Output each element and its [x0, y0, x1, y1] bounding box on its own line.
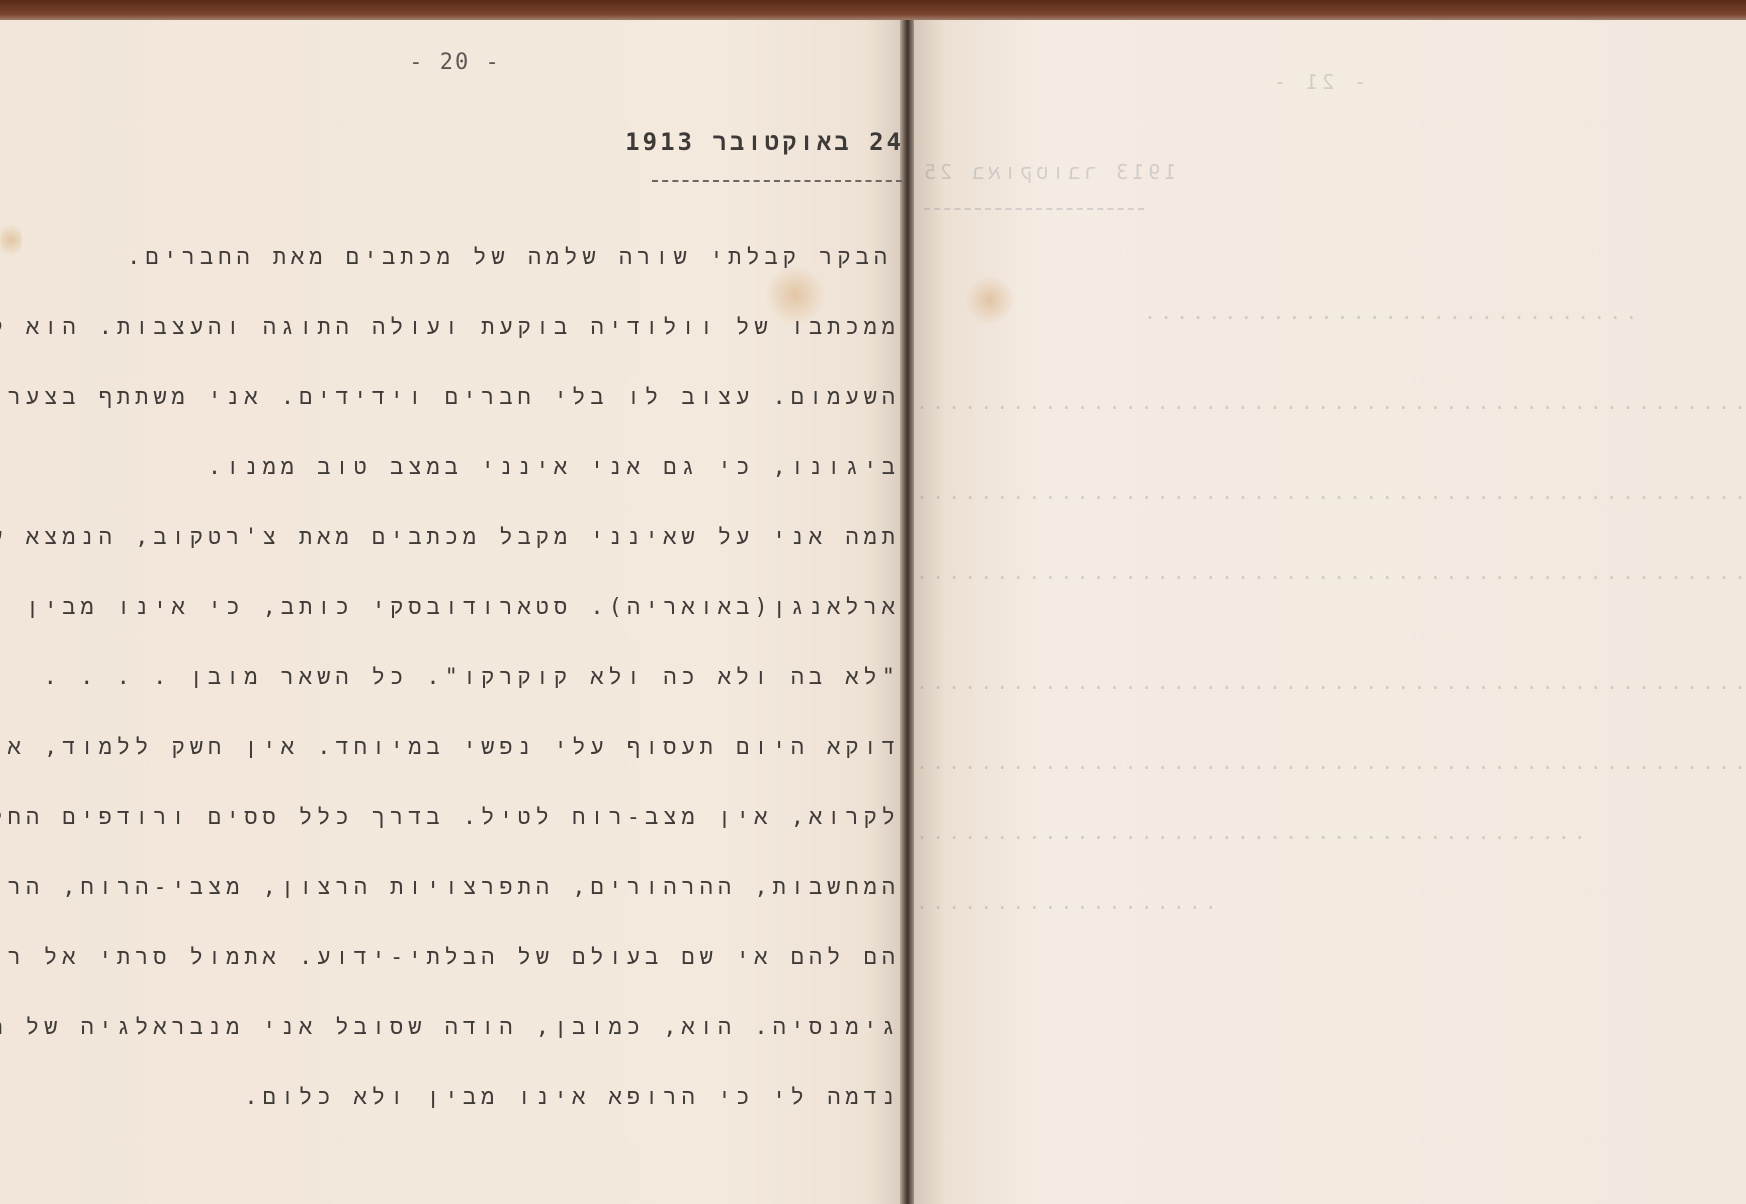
- right-page: [912, 20, 1746, 1204]
- text-line: הבקר קבלתי שורה שלמה של מכתבים מאת החברי…: [0, 236, 900, 306]
- text-line: דוקא היום תעסוף עלי נפשי במיוחד. אין חשק…: [0, 726, 900, 796]
- paper-stain: [965, 275, 1015, 325]
- text-line: ממכתבו של וולודיה בוקעת ועולה התוגה והעצ…: [0, 306, 900, 376]
- text-line: השעמום. עצוב לו בלי חברים וידידים. אני מ…: [0, 376, 900, 446]
- text-line: תמה אני על שאינני מקבל מכתבים מאת צ'רטקו…: [0, 516, 900, 586]
- bleed-through-text: ...............................: [1140, 300, 1637, 324]
- bleed-through-text: 25 באוקטובר 1913: [920, 160, 1176, 186]
- bleed-through-text: ........................................…: [912, 390, 1746, 414]
- diary-entry-body: הבקר קבלתי שורה שלמה של מכתבים מאת החברי…: [0, 236, 900, 1146]
- text-line: לקרוא, אין מצב-רוח לטיל. בדרך כלל ססים ו…: [0, 796, 900, 866]
- bleed-through-text: - 21 -: [1270, 70, 1366, 94]
- bleed-through-text: ........................................…: [912, 750, 1746, 774]
- text-line: הם להם אי שם בעולם של הבלתי-ידוע. אתמול …: [0, 936, 900, 1006]
- page-number: - 20 -: [405, 50, 505, 75]
- text-line: ארלאנגן(באואריה). סטארודובסקי כותב, כי א…: [0, 586, 900, 656]
- date-underline: [652, 180, 902, 182]
- text-line: "לא בה ולא כה ולא קוקרקו". כל השאר מובן …: [0, 656, 900, 726]
- text-line: ביגונו, כי גם אני אינני במצב טוב ממנו.: [0, 446, 900, 516]
- bleed-through-rule: [924, 208, 1144, 210]
- text-line: גימנסיה. הוא, כמובן, הודה שסובל אני מנבר…: [0, 1006, 900, 1076]
- entry-date-header: 24 באוקטובר 1913: [625, 128, 904, 158]
- bleed-through-text: ........................................…: [912, 670, 1746, 694]
- bleed-through-text: ........................................…: [912, 480, 1746, 504]
- text-line: המחשבות, ההרהורים, התפרצויות הרצון, מצבי…: [0, 866, 900, 936]
- book-spine: [900, 20, 914, 1204]
- bleed-through-text: ........................................…: [912, 560, 1746, 584]
- bleed-through-text: ...................: [912, 890, 1217, 914]
- text-line: נדמה לי כי הרופא אינו מבין ולא כלום.: [0, 1076, 900, 1146]
- bleed-through-text: ........................................…: [912, 820, 1586, 844]
